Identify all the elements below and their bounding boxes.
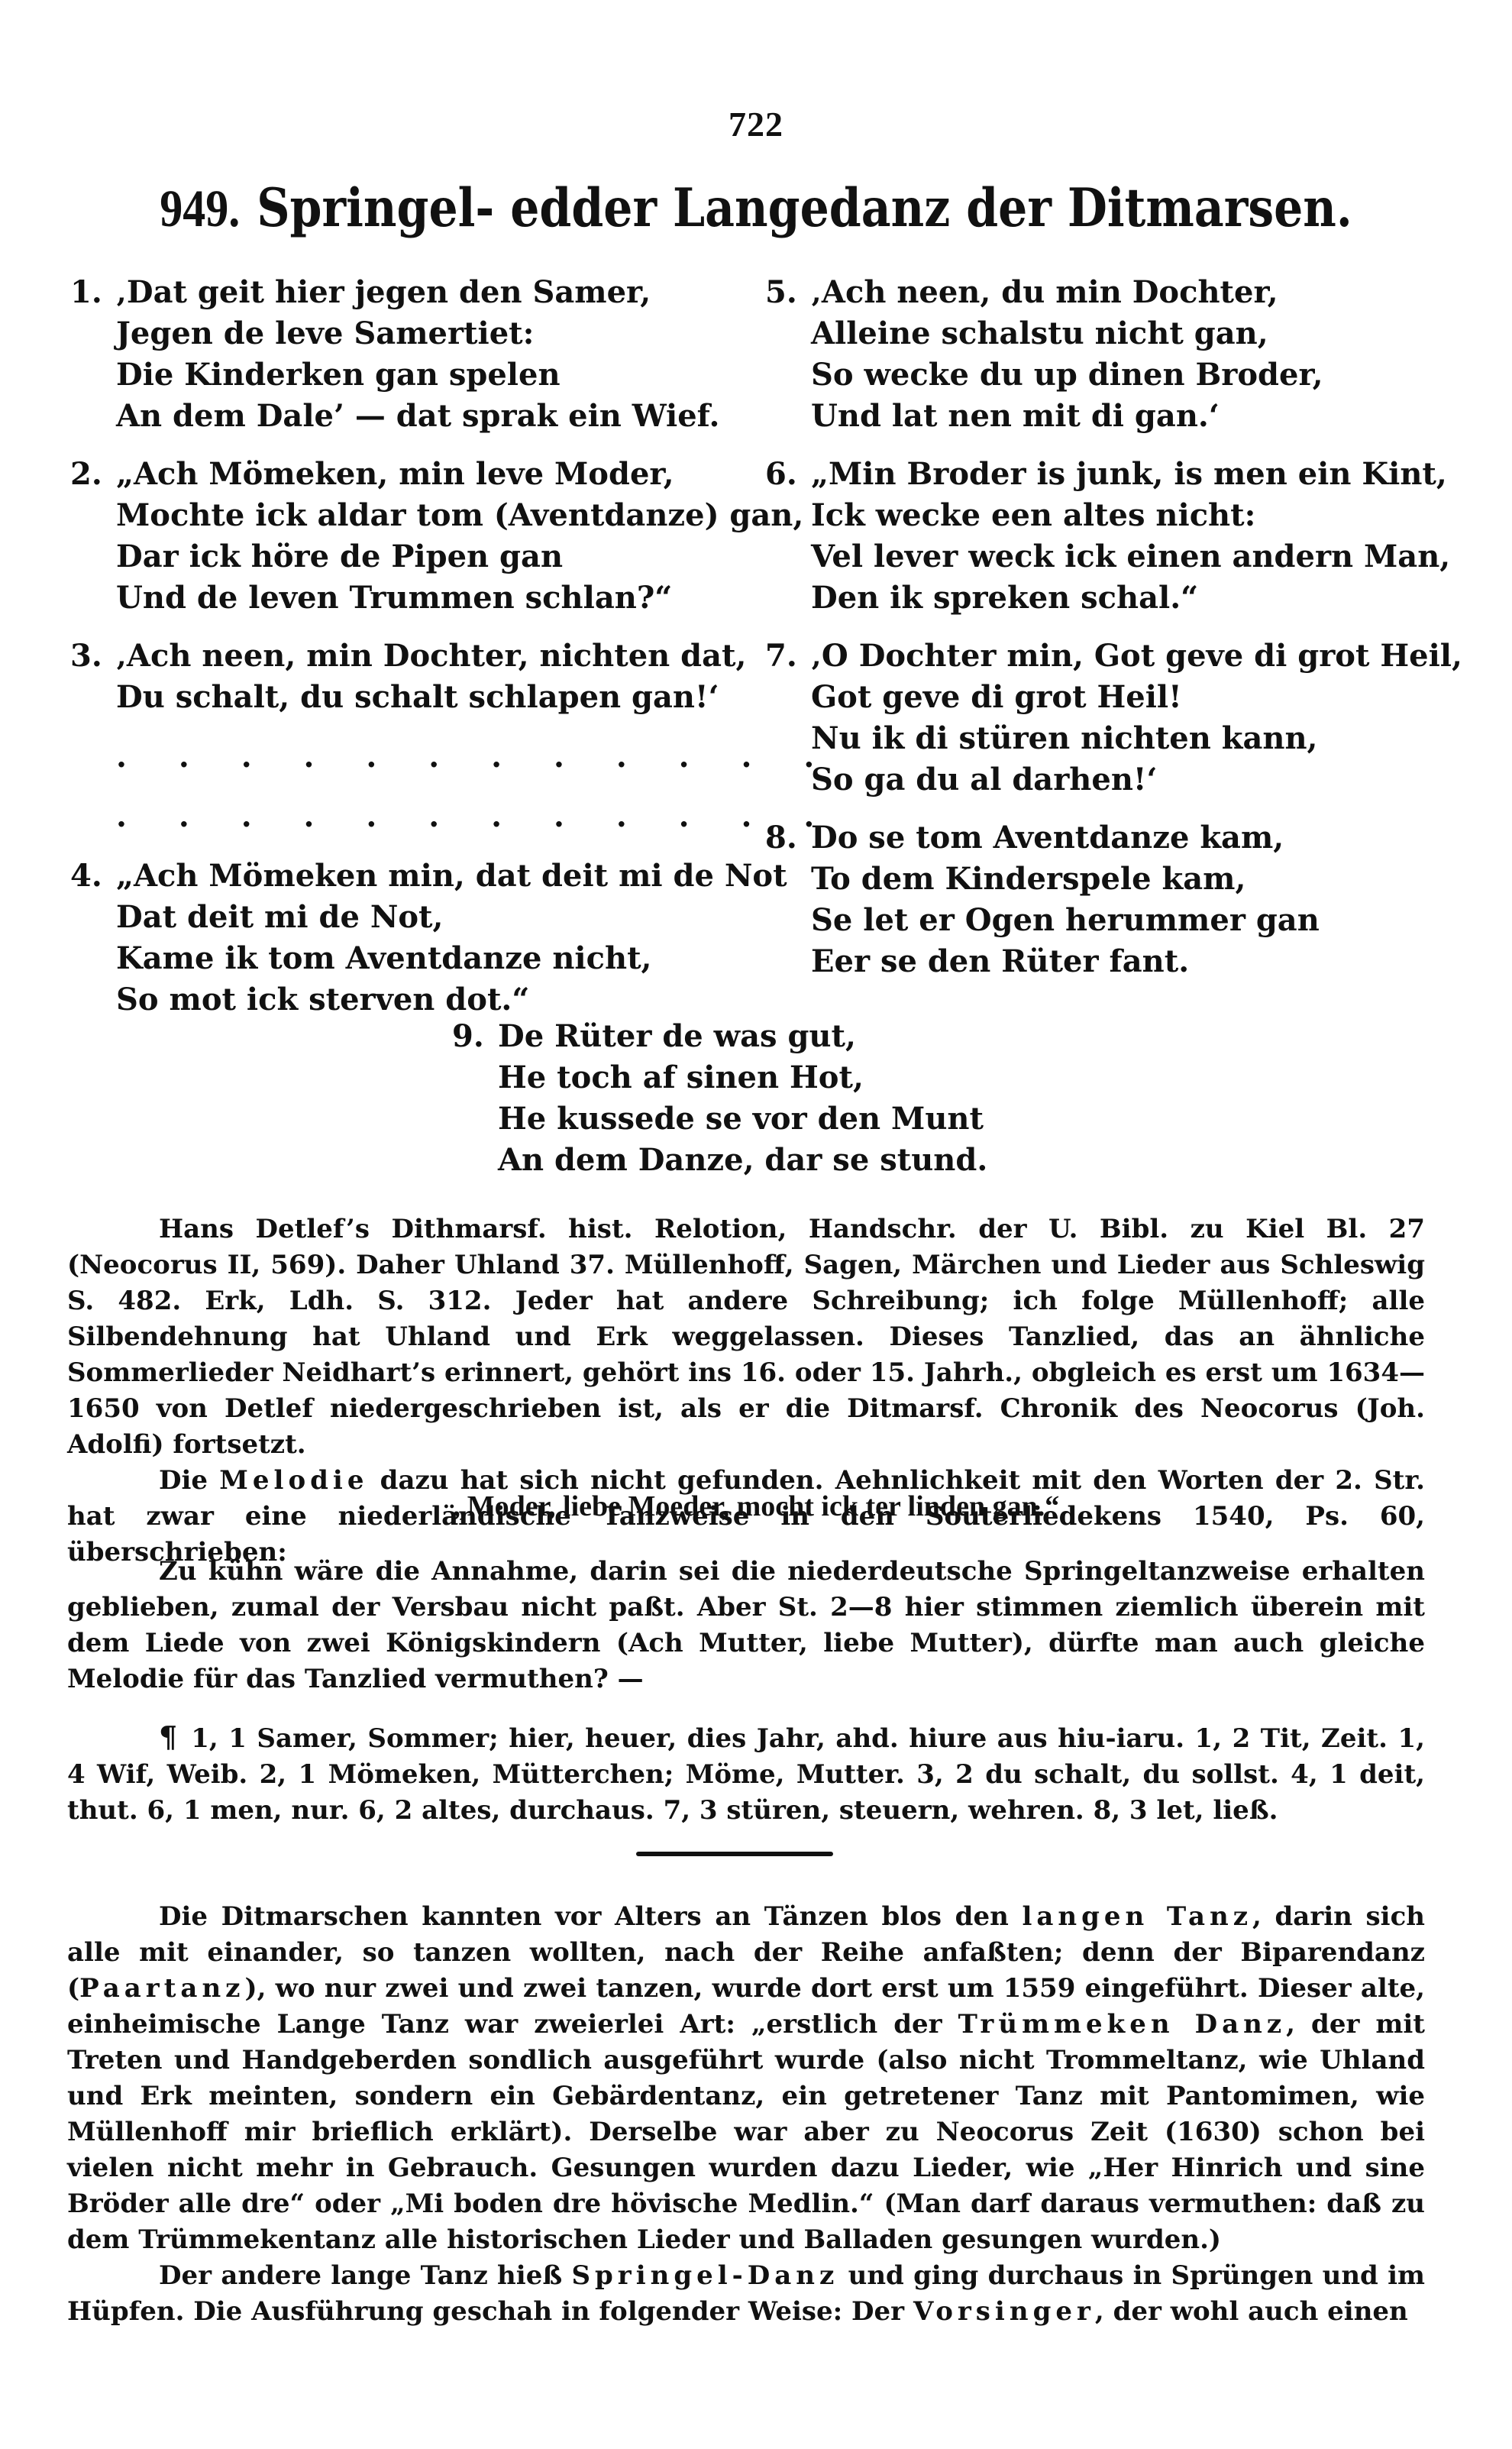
stanza-4: 4. „Ach Mömeken min, dat deit mi de Not …	[70, 856, 742, 1021]
term-paartanz: Paartanz	[79, 1973, 244, 2004]
pilcrow-icon: ¶	[159, 1719, 177, 1754]
stanza-number: 8.	[765, 817, 811, 859]
verse-line: Mochte ick aldar tom (Aventdanze) gan,	[70, 495, 742, 536]
essay-text: Der andere lange Tanz hieß	[159, 2260, 562, 2291]
verse-line: ‚Ach neen, du min Dochter,	[765, 272, 1437, 313]
melody-quote: „Moder, liebe Moeder, mocht ick ter lind…	[0, 1490, 1512, 1523]
stanza-3: 3. ‚Ach neen, min Dochter, nichten dat, …	[70, 636, 742, 837]
verse-line: Vel lever weck ick einen andern Man,	[765, 536, 1437, 577]
essay-text: Die Ditmarschen kannten vor Alters an Tä…	[159, 1901, 1009, 1932]
term-springel-danz: Springel-Danz	[571, 2260, 838, 2291]
glossary-text: 1, 1 Samer, Sommer; hier, heuer, dies Ja…	[67, 1723, 1425, 1826]
stanza-5: 5. ‚Ach neen, du min Dochter, Alleine sc…	[765, 272, 1437, 437]
song-title: 949.Springel- edder Langedanz der Ditmar…	[0, 178, 1512, 240]
stanza-9: 9. De Rüter de was gut, He toch af sinen…	[452, 1016, 987, 1181]
glossary-block: ¶1, 1 Samer, Sommer; hier, heuer, dies J…	[67, 1719, 1425, 1829]
stanza-2: 2. „Ach Mömeken, min leve Moder, Mochte …	[70, 454, 742, 619]
verse-line: Dat deit mi de Not,	[70, 897, 742, 938]
song-title-text: Springel- edder Langedanz der Ditmarsen.	[257, 178, 1352, 240]
source-note: Hans Detlef’s Dithmarsf. hist. Relotion,…	[67, 1212, 1425, 1463]
stanza-1: 1. ‚Dat geit hier jegen den Samer, Jegen…	[70, 272, 742, 437]
song-number: 949.	[160, 180, 240, 238]
stanza-7: 7. ‚O Dochter min, Got geve di grot Heil…	[765, 636, 1437, 801]
stanza-number: 1.	[70, 272, 116, 313]
term-langer-tanz: langen Tanz	[1022, 1901, 1252, 1932]
verse-line: Die Kinderken gan spelen	[70, 354, 742, 396]
glossary-note: ¶1, 1 Samer, Sommer; hier, heuer, dies J…	[67, 1719, 1425, 1829]
verse-line: An dem Danze, dar se stund.	[452, 1140, 987, 1181]
verse-line: Und de leven Trummen schlan?“	[70, 577, 742, 619]
essay-paragraph-2: Der andere lange Tanz hieß Springel-Danz…	[67, 2258, 1425, 2330]
verse-line: Nu ik di stüren nichten kann,	[765, 718, 1437, 759]
verse-line: So ga du al darhen!‘	[765, 759, 1437, 801]
stanza-number: 2.	[70, 454, 116, 495]
essay-paragraph-1: Die Ditmarschen kannten vor Alters an Tä…	[67, 1899, 1425, 2258]
verse-line: So mot ick sterven dot.“	[70, 979, 742, 1021]
verse-line: An dem Dale’ — dat sprak ein Wief.	[70, 396, 742, 437]
stanza-number: 4.	[70, 856, 116, 897]
verse-line: He kussede se vor den Munt	[452, 1098, 987, 1140]
verse-line: Se let er Ogen herummer gan	[765, 900, 1437, 941]
essay-text: , der wohl auch einen	[1095, 2296, 1408, 2327]
stanza-number: 9.	[452, 1016, 498, 1057]
stanza-number: 5.	[765, 272, 811, 313]
verse-line: So wecke du up dinen Broder,	[765, 354, 1437, 396]
stanza-number: 6.	[765, 454, 811, 495]
verse-line: Kame ik tom Aventdanze nicht,	[70, 938, 742, 979]
stanza-number: 7.	[765, 636, 811, 677]
term-truemmeken-danz: Trümmeken Danz	[958, 2009, 1287, 2040]
essay-block: Die Ditmarschen kannten vor Alters an Tä…	[67, 1899, 1425, 2330]
verse-line: Jegen de leve Samertiet:	[70, 313, 742, 354]
section-divider	[636, 1852, 833, 1856]
verse-line: „Min Broder is junk, is men ein Kint,	[765, 454, 1437, 495]
verse-line: Got geve di grot Heil!	[765, 677, 1437, 718]
verse-line: ‚O Dochter min, Got geve di grot Heil,	[765, 636, 1437, 677]
verse-line: Dar ick höre de Pipen gan	[70, 536, 742, 577]
verse-line: „Ach Mömeken min, dat deit mi de Not	[70, 856, 742, 897]
verse-line: He toch af sinen Hot,	[452, 1057, 987, 1098]
verse-line: Ick wecke een altes nicht:	[765, 495, 1437, 536]
page-number: 722	[0, 104, 1512, 144]
verse-line: „Ach Mömeken, min leve Moder,	[70, 454, 742, 495]
verse-line: ‚Dat geit hier jegen den Samer,	[70, 272, 742, 313]
verse-line: ‚Ach neen, min Dochter, nichten dat,	[70, 636, 742, 677]
verse-line: Und lat nen mit di gan.‘	[765, 396, 1437, 437]
verse-line: To dem Kinderspele kam,	[765, 859, 1437, 900]
essay-text: , der mit Treten und Handgeberden sondli…	[67, 2009, 1425, 2255]
verse-line: Do se tom Aventdanze kam,	[765, 817, 1437, 859]
stanza-8: 8. Do se tom Aventdanze kam, To dem Kind…	[765, 817, 1437, 982]
term-vorsinger: Vorsinger	[913, 2296, 1095, 2327]
verse-line: Du schalt, du schalt schlapen gan!‘	[70, 677, 742, 718]
stanza-column-right: 5. ‚Ach neen, du min Dochter, Alleine sc…	[765, 272, 1437, 999]
verse-line: Eer se den Rüter fant.	[765, 941, 1437, 982]
hypothesis-block: Zu kühn wäre die Annahme, darin sei die …	[67, 1554, 1425, 1697]
stanza-number: 3.	[70, 636, 116, 677]
stanza-6: 6. „Min Broder is junk, is men ein Kint,…	[765, 454, 1437, 619]
omission-dots: . . . . . . . . . . . .	[70, 736, 742, 778]
omission-dots: . . . . . . . . . . . .	[70, 796, 742, 837]
stanza-column-left: 1. ‚Dat geit hier jegen den Samer, Jegen…	[70, 272, 742, 1037]
verse-line: Alleine schalstu nicht gan,	[765, 313, 1437, 354]
hypothesis-note: Zu kühn wäre die Annahme, darin sei die …	[67, 1554, 1425, 1697]
verse-line: De Rüter de was gut,	[452, 1016, 987, 1057]
verse-line: Den ik spreken schal.“	[765, 577, 1437, 619]
